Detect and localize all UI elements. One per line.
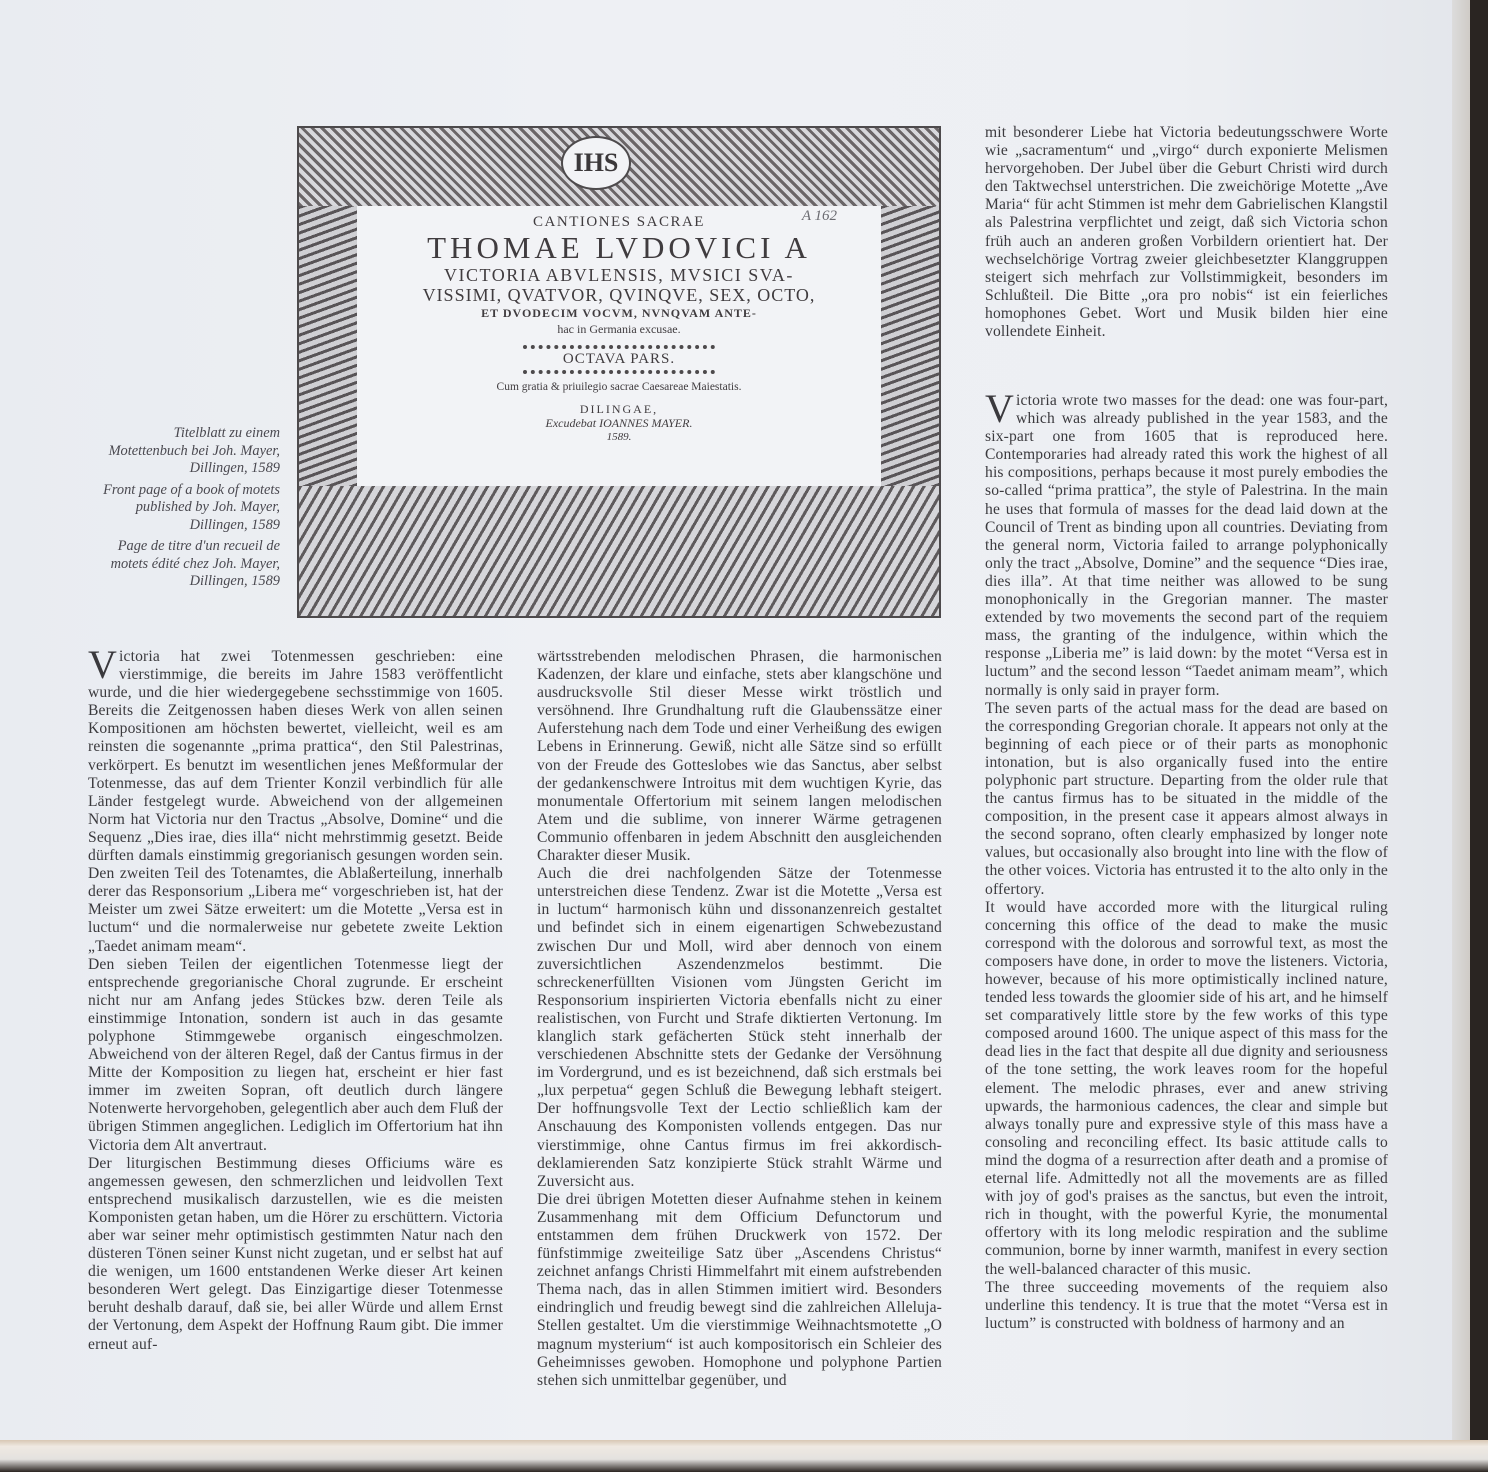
title-line: ET DVODECIM VOCVM, NVNQVAM ANTE- bbox=[361, 305, 877, 321]
title-page-woodcut-image: IHS A 162 CANTIONES SACRAE THOMAE LVDOVI… bbox=[297, 126, 941, 618]
paragraph: The seven parts of the actual mass for t… bbox=[985, 700, 1388, 899]
title-line: VISSIMI, QVATVOR, QVINQVE, SEX, OCTO, bbox=[361, 285, 877, 305]
title-cartouche: A 162 CANTIONES SACRAE THOMAE LVDOVICI A… bbox=[361, 208, 877, 484]
paragraph: Die drei übrigen Motetten dieser Aufnahm… bbox=[537, 1191, 942, 1390]
german-text-column-1: Victoria hat zwei Totenmessen geschriebe… bbox=[88, 648, 503, 1354]
paragraph: Victoria hat zwei Totenmessen geschriebe… bbox=[88, 648, 503, 956]
paragraph: The three succeeding movements of the re… bbox=[985, 1279, 1388, 1333]
paragraph: Auch die drei nachfolgenden Sätze der To… bbox=[537, 865, 942, 1191]
title-line: OCTAVA PARS. bbox=[523, 345, 715, 374]
ihs-monogram: IHS bbox=[561, 136, 631, 190]
caption-french: Page de titre d'un recueil de motets édi… bbox=[100, 538, 280, 591]
figure-caption: Titelblatt zu einem Motettenbuch bei Joh… bbox=[100, 425, 280, 595]
caption-english: Front page of a book of motets published… bbox=[100, 482, 280, 535]
title-line: DILINGAE, bbox=[361, 402, 877, 416]
paragraph: wärtsstrebenden melodischen Phrasen, die… bbox=[537, 648, 942, 865]
title-line: Cum gratia & priuilegio sacrae Caesareae… bbox=[361, 380, 877, 394]
title-line: CANTIONES SACRAE bbox=[361, 214, 877, 231]
title-line: Excudebat IOANNES MAYER. bbox=[361, 416, 877, 430]
paragraph: mit besonderer Liebe hat Victoria bedeut… bbox=[985, 124, 1388, 341]
page-edge bbox=[1452, 0, 1470, 1440]
drop-cap: V bbox=[985, 394, 1014, 424]
right-figure-border bbox=[881, 206, 939, 486]
caption-german: Titelblatt zu einem Motettenbuch bei Joh… bbox=[100, 425, 280, 478]
title-line: THOMAE LVDOVICI A bbox=[361, 231, 877, 265]
title-line: VICTORIA ABVLENSIS, MVSICI SVA- bbox=[361, 265, 877, 285]
title-line: hac in Germania excusae. bbox=[361, 321, 877, 337]
paragraph: Den sieben Teilen der eigentlichen Toten… bbox=[88, 956, 503, 1155]
paragraph: Victoria wrote two masses for the dead: … bbox=[985, 392, 1388, 700]
german-text-column-2: wärtsstrebenden melodischen Phrasen, die… bbox=[537, 648, 942, 1390]
left-figure-border bbox=[299, 206, 357, 486]
drop-cap: V bbox=[88, 650, 117, 680]
paragraph: It would have accorded more with the lit… bbox=[985, 899, 1388, 1279]
liner-notes-page: IHS A 162 CANTIONES SACRAE THOMAE LVDOVI… bbox=[0, 0, 1470, 1440]
english-text-column: Victoria wrote two masses for the dead: … bbox=[985, 392, 1388, 1333]
paragraph: Der liturgischen Bestimmung dieses Offic… bbox=[88, 1155, 503, 1354]
musicians-scene-border bbox=[299, 486, 939, 618]
handwritten-note: A 162 bbox=[802, 208, 837, 225]
german-text-column-3: mit besonderer Liebe hat Victoria bedeut… bbox=[985, 124, 1388, 341]
title-line: 1589. bbox=[361, 430, 877, 444]
album-sleeve-edge bbox=[0, 1440, 1488, 1472]
